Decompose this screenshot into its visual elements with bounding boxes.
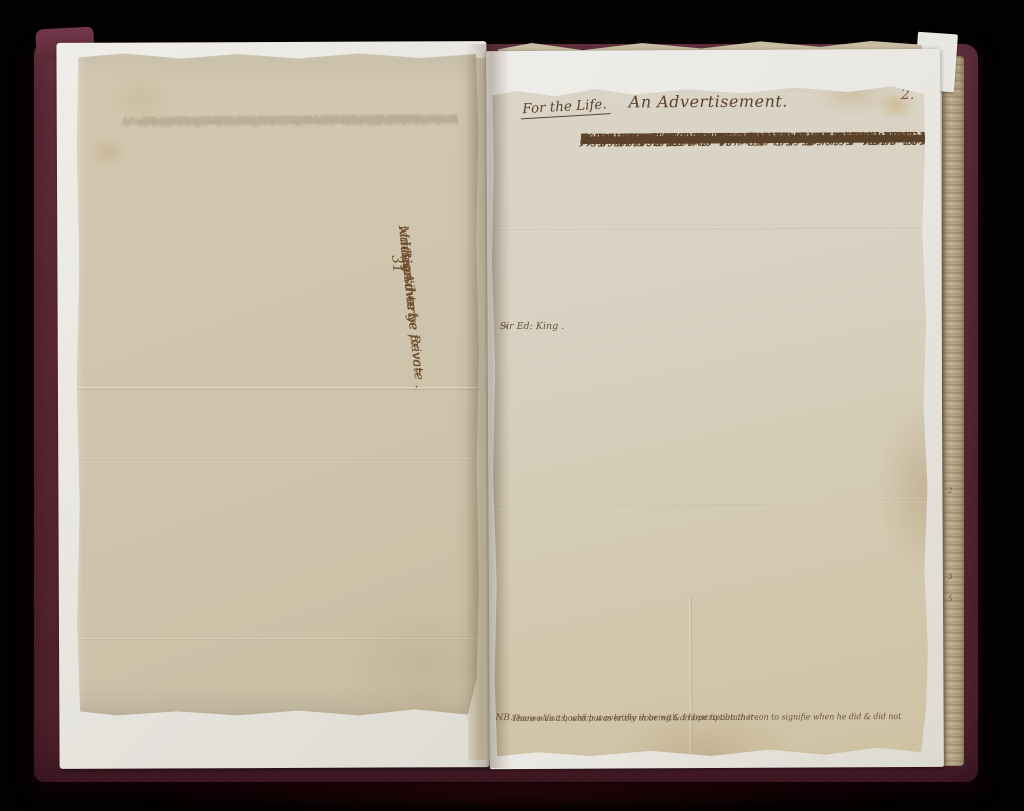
manuscript-photograph: 2 3 5 Mr. Boyle finds himself oblig'd to… [0, 0, 1024, 811]
book-fore-edge: 2 3 5 [942, 56, 964, 766]
fore-edge-mark: 2 [948, 487, 952, 495]
left-manuscript-leaf: Mr. Boyle finds himself oblig'd to intim… [76, 52, 480, 718]
showthrough-line: often chang'd by the public Calamities t… [236, 109, 458, 132]
footnote-lines: There was a board put over the door with… [496, 711, 926, 713]
fold-crease [491, 226, 927, 230]
folio-number: 31 [388, 254, 406, 273]
manuscript-body-text: Mr. Boyle finds himself oblig'd to intim… [580, 129, 926, 131]
ink-showthrough-text: Mr. Boyle finds himself oblig'd to intim… [100, 109, 462, 693]
footnote-line: receive Visits, which was lately in bein… [496, 712, 759, 726]
fold-crease [689, 597, 693, 758]
margin-note-text: Sir Ed: King . [499, 321, 564, 332]
fore-edge-mark: 5 [948, 595, 952, 603]
archivist-annotation: Mr B:s Advert:design'd to be private . w… [314, 224, 431, 404]
fold-crease [492, 501, 928, 505]
manuscript-line: often chang'd by the public Calamities t… [580, 129, 830, 151]
advertisement-manuscript-page: For the Life. An Advertisement. 2. x Sir… [490, 85, 930, 759]
fore-edge-mark: 3 [948, 573, 952, 581]
footnote: NB. There was a board put over the door … [496, 711, 926, 713]
